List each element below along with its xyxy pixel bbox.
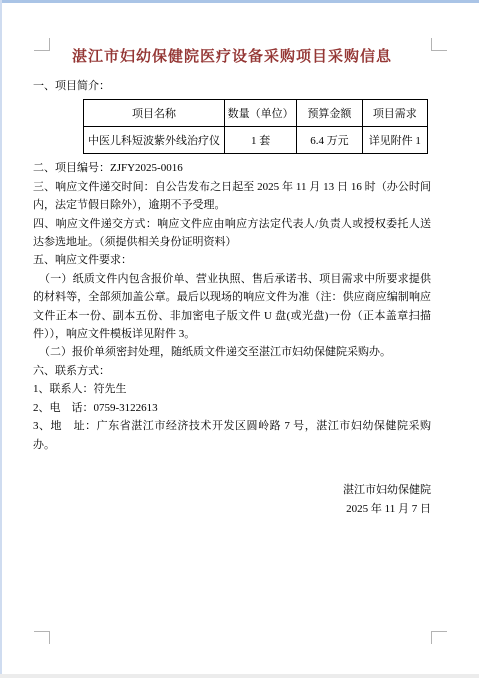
cell-project-name: 中医儿科短波紫外线治疗仪 bbox=[84, 127, 225, 154]
window-edge-top bbox=[0, 0, 479, 3]
col-header-requirement: 项目需求 bbox=[362, 100, 427, 127]
section-2-project-number: 二、项目编号：ZJFY2025-0016 bbox=[33, 159, 431, 177]
window-edge-left bbox=[0, 0, 2, 678]
signature-date: 2025 年 11 月 7 日 bbox=[33, 500, 431, 520]
section-4-delivery-method: 四、响应文件递交方式：响应文件应由响应方法定代表人/负责人或授权委托人送达参选地… bbox=[33, 215, 431, 252]
section-5-heading: 五、响应文件要求： bbox=[33, 251, 431, 269]
table-header-row: 项目名称 数量（单位） 预算金额 项目需求 bbox=[84, 100, 428, 127]
document-content: 湛江市妇幼保健院医疗设备采购项目采购信息 一、项目简介： 项目名称 数量（单位）… bbox=[33, 46, 431, 520]
document-title: 湛江市妇幼保健院医疗设备采购项目采购信息 bbox=[33, 46, 431, 68]
section-6-heading: 六、联系方式： bbox=[33, 362, 431, 380]
col-header-quantity: 数量（单位） bbox=[225, 100, 297, 127]
contact-person: 1、联系人：符先生 bbox=[33, 380, 431, 398]
margin-mark-bottom-right-icon bbox=[431, 631, 447, 644]
section-5-item-2: （二）报价单须密封处理，随纸质文件递交至湛江市妇幼保健院采购办。 bbox=[33, 343, 431, 361]
cell-budget: 6.4 万元 bbox=[297, 127, 362, 154]
section-5-item-1: （一）纸质文件内包含报价单、营业执照、售后承诺书、项目需求中所要求提供的材料等，… bbox=[33, 270, 431, 344]
col-header-budget: 预算金额 bbox=[297, 100, 362, 127]
col-header-project-name: 项目名称 bbox=[84, 100, 225, 127]
section-3-deadline: 三、响应文件递交时间：自公告发布之日起至 2025 年 11 月 13 日 16… bbox=[33, 178, 431, 215]
document-page: 湛江市妇幼保健院医疗设备采购项目采购信息 一、项目简介： 项目名称 数量（单位）… bbox=[0, 0, 479, 678]
signature-block: 湛江市妇幼保健院 2025 年 11 月 7 日 bbox=[33, 481, 431, 520]
margin-mark-bottom-left-icon bbox=[34, 631, 50, 644]
section-1-heading: 一、项目简介： bbox=[33, 77, 431, 95]
cell-quantity: 1 套 bbox=[225, 127, 297, 154]
contact-address: 3、地 址：广东省湛江市经济技术开发区圆岭路 7 号，湛江市妇幼保健院采购办。 bbox=[33, 417, 431, 454]
window-edge-bottom bbox=[0, 674, 479, 678]
signature-org: 湛江市妇幼保健院 bbox=[33, 481, 431, 501]
contact-phone: 2、电 话：0759-3122613 bbox=[33, 399, 431, 417]
project-info-table: 项目名称 数量（单位） 预算金额 项目需求 中医儿科短波紫外线治疗仪 1 套 6… bbox=[83, 99, 428, 154]
table-row: 中医儿科短波紫外线治疗仪 1 套 6.4 万元 详见附件 1 bbox=[84, 127, 428, 154]
cell-requirement: 详见附件 1 bbox=[362, 127, 427, 154]
margin-mark-top-right-icon bbox=[431, 38, 447, 51]
